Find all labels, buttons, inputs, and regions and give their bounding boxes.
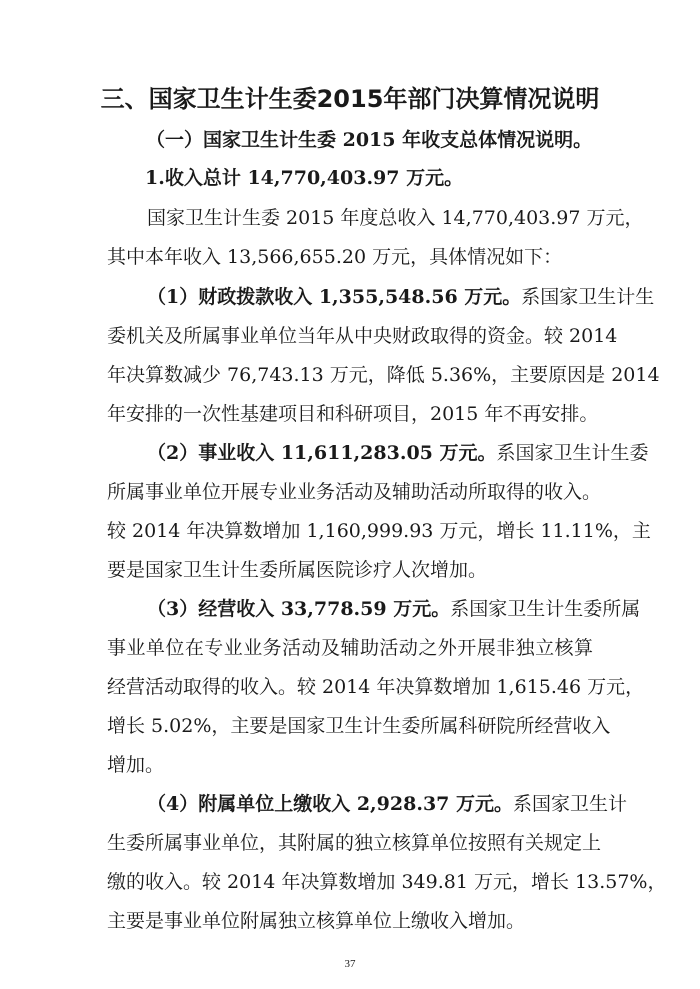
item-4-line: 生委所属事业单位，其附属的独立核算单位按照有关规定上 — [107, 831, 593, 855]
item-1-line: 年安排的一次性基建项目和科研项目，2015 年不再安排。 — [107, 402, 593, 426]
subheading-total-income: 1.收入总计 14,770,403.97 万元。 — [145, 166, 463, 190]
item-1-first-rest: 系国家卫生计生 — [521, 286, 654, 308]
intro-line-1: 国家卫生计生委 2015 年度总收入 14,770,403.97 万元， — [147, 206, 593, 230]
item-1-first-line: （1）财政拨款收入 1,355,548.56 万元。系国家卫生计生 — [147, 285, 593, 309]
item-4-lead: （4）附属单位上缴收入 2,928.37 万元。 — [147, 793, 513, 815]
item-2-first-line: （2）事业收入 11,611,283.05 万元。系国家卫生计生委 — [147, 441, 593, 465]
item-1-lead: （1）财政拨款收入 1,355,548.56 万元。 — [147, 286, 521, 308]
item-3-line: 经营活动取得的收入。较 2014 年决算数增加 1,615.46 万元， — [107, 675, 593, 699]
page-number: 37 — [0, 958, 700, 970]
item-4-line: 缴的收入。较 2014 年决算数增加 349.81 万元，增长 13.57%， — [107, 870, 593, 894]
item-2-line: 所属事业单位开展专业业务活动及辅助活动所取得的收入。 — [107, 480, 593, 504]
item-4-first-line: （4）附属单位上缴收入 2,928.37 万元。系国家卫生计 — [147, 792, 593, 816]
item-1-line: 委机关及所属事业单位当年从中央财政取得的资金。较 2014 — [107, 324, 593, 348]
item-4-line: 主要是事业单位附属独立核算单位上缴收入增加。 — [107, 909, 593, 933]
item-2-lead: （2）事业收入 11,611,283.05 万元。 — [147, 442, 497, 464]
page-title: 三、国家卫生计生委2015年部门决算情况说明 — [0, 84, 700, 114]
item-1-line: 年决算数减少 76,743.13 万元，降低 5.36%，主要原因是 2014 — [107, 363, 593, 387]
section-heading: （一）国家卫生计生委 2015 年收支总体情况说明。 — [146, 128, 592, 152]
item-2-first-rest: 系国家卫生计生委 — [497, 442, 649, 464]
intro-line-2: 其中本年收入 13,566,655.20 万元，具体情况如下： — [107, 245, 593, 269]
document-page: 三、国家卫生计生委2015年部门决算情况说明 （一）国家卫生计生委 2015 年… — [0, 0, 700, 989]
item-3-first-line: （3）经营收入 33,778.59 万元。系国家卫生计生委所属 — [147, 597, 593, 621]
item-2-line: 要是国家卫生计生委所属医院诊疗人次增加。 — [107, 558, 593, 582]
item-3-lead: （3）经营收入 33,778.59 万元。 — [147, 598, 450, 620]
item-3-line: 增加。 — [107, 753, 593, 777]
item-3-line: 事业单位在专业业务活动及辅助活动之外开展非独立核算 — [107, 636, 593, 660]
item-3-line: 增长 5.02%，主要是国家卫生计生委所属科研院所经营收入 — [107, 714, 593, 738]
item-3-first-rest: 系国家卫生计生委所属 — [450, 598, 640, 620]
item-2-line: 较 2014 年决算数增加 1,160,999.93 万元，增长 11.11%，… — [107, 519, 593, 543]
item-4-first-rest: 系国家卫生计 — [513, 793, 627, 815]
